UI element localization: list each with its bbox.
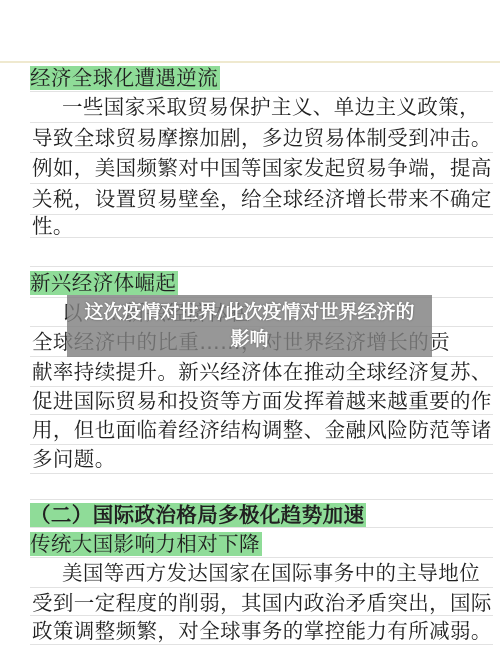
ruled-line <box>30 122 493 123</box>
section-title-row: （二）国际政治格局多极化趋势加速 <box>30 502 490 528</box>
section-title-multipolarity: （二）国际政治格局多极化趋势加速 <box>30 503 366 527</box>
section-heading-row: 新兴经济体崛起 <box>30 270 490 296</box>
section-heading-row: 传统大国影响力相对下降 <box>30 531 490 557</box>
handwritten-notes-page: 经济全球化遭遇逆流 一些国家采取贸易保护主义、单边主义政策， 导致全球贸易摩擦加… <box>0 0 500 654</box>
text-line: 多问题。 <box>32 446 492 472</box>
title-overlay-banner: 这次疫情对世界/此次疫情对世界经济的影响 <box>67 295 432 357</box>
ruled-line <box>30 183 493 184</box>
top-divider <box>0 61 500 63</box>
section-heading-traditional-powers: 传统大国影响力相对下降 <box>30 532 262 556</box>
text-line: 关税，设置贸易壁垒，给全球经济增长带来不确定 <box>32 186 492 212</box>
ruled-line <box>30 152 493 153</box>
ruled-line <box>30 444 493 445</box>
ruled-line <box>30 644 493 645</box>
text-line: 性。 <box>32 213 492 239</box>
ruled-line <box>30 473 493 474</box>
text-line: 献率持续提升。新兴经济体在推动全球经济复苏、 <box>32 359 492 385</box>
text-line: 受到一定程度的削弱，其国内政治矛盾突出，国际 <box>32 590 492 616</box>
text-line: 促进国际贸易和投资等方面发挥着越来越重要的作 <box>32 388 492 414</box>
text-line: 美国等西方发达国家在国际事务中的主导地位 <box>32 560 492 586</box>
ruled-line <box>30 587 493 588</box>
overlay-title: 这次疫情对世界/此次疫情对世界经济的影响 <box>85 299 415 353</box>
ruled-line <box>30 91 493 92</box>
ruled-line <box>30 557 493 558</box>
text-line: 用，但也面临着经济结构调整、金融风险防范等诸 <box>32 417 492 443</box>
text-line: 例如，美国频繁对中国等国家发起贸易争端，提高 <box>32 155 492 181</box>
ruled-line <box>30 414 493 415</box>
text-line: 政策调整频繁，对全球事务的掌控能力有所减弱。 <box>32 618 492 644</box>
ruled-line <box>30 386 493 387</box>
section-heading-emerging-economies: 新兴经济体崛起 <box>30 271 178 295</box>
ruled-line <box>30 499 493 500</box>
text-line: 一些国家采取贸易保护主义、单边主义政策， <box>32 94 492 120</box>
section-heading-row: 经济全球化遭遇逆流 <box>30 65 490 91</box>
ruled-line <box>30 266 493 267</box>
section-heading-globalization: 经济全球化遭遇逆流 <box>30 66 220 90</box>
text-line: 导致全球贸易摩擦加剧，多边贸易体制受到冲击。 <box>32 125 492 151</box>
